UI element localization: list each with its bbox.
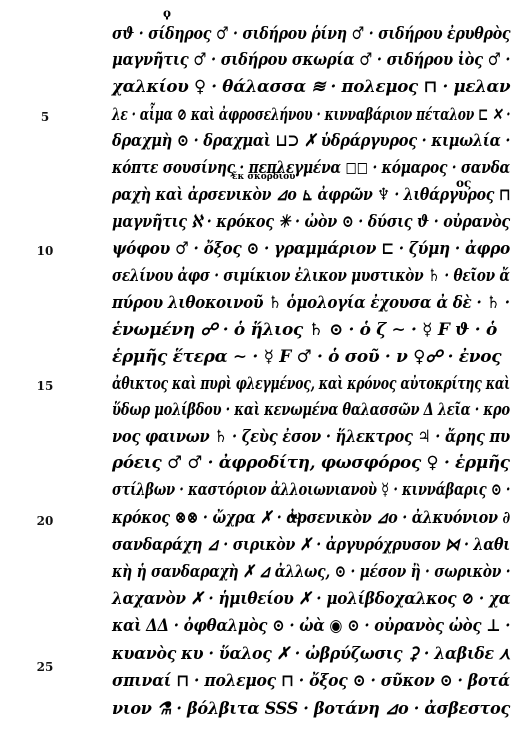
manuscript-line: καὶ ΔΔ · ὀφθαλμὸς ⊙ · ὠὰ ◉ ⊙ · οὐρανὸς ὠ… <box>112 614 510 638</box>
manuscript-line: κόπτε σουσίνης · πεπλεγμένα ◻◻ · κόμαρος… <box>112 156 510 180</box>
manuscript-line: κὴ ἡ σανδαραχὴ ✗ ⊿ ἀλλως, ⊙ · μέσον ἢ · … <box>112 560 510 584</box>
manuscript-line: λε · αἷμα ⊘ καὶ ἀφροσελήνου · κινναβάριο… <box>112 103 510 127</box>
superscript-mark: ϙ <box>163 6 171 20</box>
manuscript-line: νος φαινων ♄ · ζεὺς ἐσον · ἥλεκτρος ♃ · … <box>112 425 510 449</box>
line-number-25: 25 <box>30 660 60 674</box>
manuscript-line: σπιναί ⊓ · πολεμος ⊓ · ὄξος ⊙ · σῦκον ⊙ … <box>112 669 510 693</box>
line-number-10: 10 <box>30 244 60 258</box>
line-number-20: 20 <box>30 514 60 528</box>
line-number-15: 15 <box>30 379 60 393</box>
manuscript-line: μαγνῆτις ♂ · σιδήρου σκωρία ♂ · σιδήρου … <box>112 48 510 72</box>
manuscript-line: κρόκος ⊗⊗ · ὤχρα ✗ · ἀρσενικὸν ⊿ο · ἀλκυ… <box>112 506 510 530</box>
manuscript-line: χαλκίου ♀ · θάλασσα ≋ · πολεμος ⊓ · μελα… <box>112 75 510 99</box>
manuscript-line: νιον ⚗ · βόλβιτα SSS · βοτάνη ⊿ο · ἀσβεσ… <box>112 697 510 721</box>
manuscript-line: λαχανὸν ✗ · ἡμιθείου ✗ · μολίβδοχαλκος ⊘… <box>112 587 510 611</box>
manuscript-line: ραχὴ καὶ ἀρσενικὸν ⊿ο ⊾ ἀφρῶν ♆ · λιθάργ… <box>112 183 510 207</box>
manuscript-line: κυανὸς κυ · ὕαλος ✗ · ὠβρύζωσις ⚳ · λαβι… <box>112 642 510 666</box>
manuscript-line: ὕδωρ μολίβδου · καὶ κενωμένα θαλασσῶν Δ … <box>112 398 510 422</box>
manuscript-line: ψόφου ♂ · ὄξος ⊙ · γραμμάριον ⊏ · ζύμη ·… <box>112 237 510 261</box>
manuscript-line: σανδαράχη ⊿ · σιρικὸν ✗ · ἀργυρόχρυσον ⋈… <box>112 533 510 557</box>
line-number-5: 5 <box>30 110 60 124</box>
manuscript-line: ἑνωμένη ☍ · ὁ ἥλιος ♄ ⊙ · ὁ ζ ∼ · ☿ F ϑ … <box>112 318 510 342</box>
manuscript-line: σελίνου ἀφσ · σιμίκιον ἐλικον μυστικὸν ♄… <box>112 264 510 288</box>
manuscript-line: μαγνῆτις ℵ · κρόκος ✳ · ὠὸν ⊙ · δύσις ϑ … <box>112 210 510 234</box>
manuscript-line: ἀθικτος καὶ πυρὶ φλεγμένος, καὶ κρόνος α… <box>112 372 510 396</box>
manuscript-line: ἑρμῆς ἕτερα ∼ · ☿ F ♂ · ὁ σοῦ · ν ♀☍ · ἐ… <box>112 345 510 369</box>
manuscript-line: πύρου λιθοκοινοῦ ♄ ὁμολογία ἐχουσα ἀ δὲ … <box>112 291 510 315</box>
manuscript-line: ρόεις ♂ ♂ · ἀφροδίτη, φωσφόρος ♀ · ἑρμῆς <box>112 451 510 475</box>
manuscript-line: δραχμὴ ⊙ · δραχμαὶ ⊔⊃ ✗ ὑδράργυρος · κιμ… <box>112 129 510 153</box>
manuscript-page: 5 10 15 20 25 ϙ ἔκ σκορδίου ος ω σϑ · σί… <box>0 0 524 731</box>
manuscript-line: σϑ · σίδηρος ♂ · σιδήρου ῥίνη ♂ · σιδήρο… <box>112 22 510 46</box>
manuscript-line: στίλβων · καστόριον ἀλλοιωνιανοὺ ☿ · κιν… <box>112 478 510 502</box>
